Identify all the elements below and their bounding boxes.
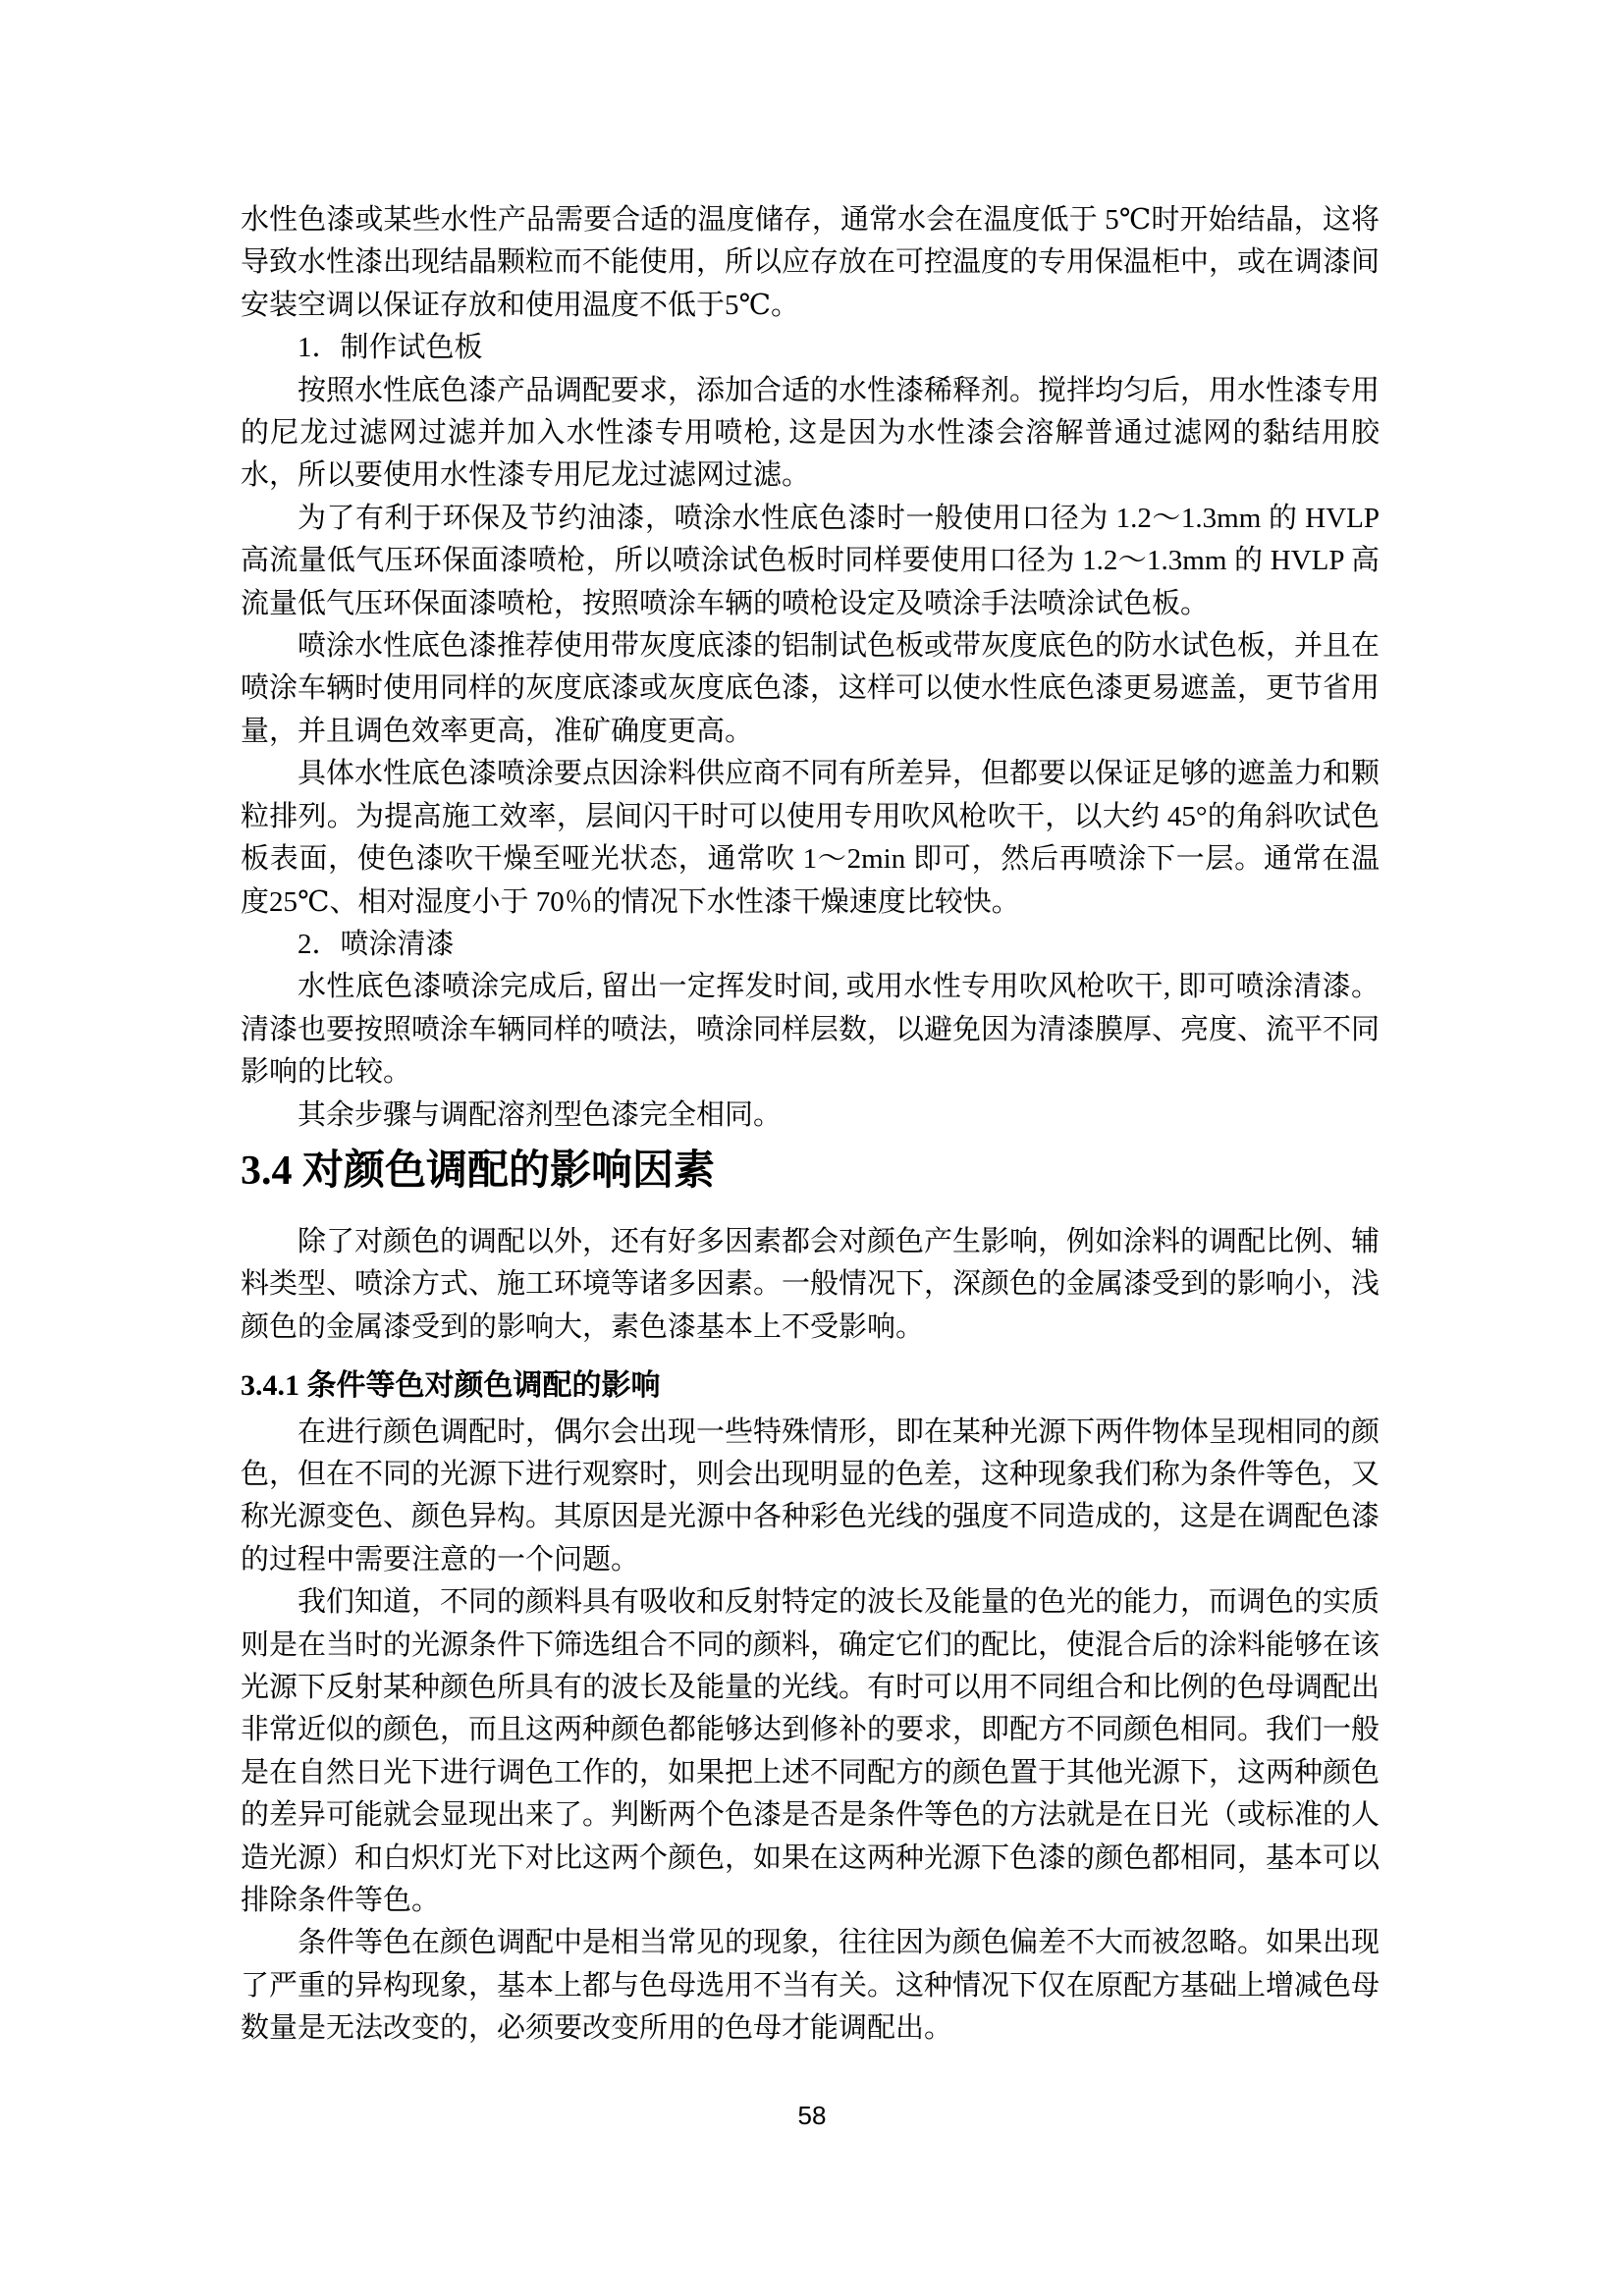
paragraph: 其余步骤与调配溶剂型色漆完全相同。 bbox=[241, 1095, 1380, 1137]
paragraph: 为了有利于环保及节约油漆，喷涂水性底色漆时一般使用口径为 1.2～1.3mm 的… bbox=[241, 498, 1380, 625]
section-heading-3-4: 3.4 对颜色调配的影响因素 bbox=[241, 1145, 1380, 1199]
paragraph: 我们知道，不同的颜料具有吸收和反射特定的波长及能量的色光的能力，而调色的实质则是… bbox=[241, 1581, 1380, 1922]
paragraph: 具体水性底色漆喷涂要点因涂料供应商不同有所差异，但都要以保证足够的遮盖力和颗粒排… bbox=[241, 753, 1380, 924]
paragraph: 水性底色漆喷涂完成后, 留出一定挥发时间, 或用水性专用吹风枪吹干, 即可喷涂清… bbox=[241, 966, 1380, 1094]
page-number: 58 bbox=[0, 2099, 1624, 2132]
paragraph: 在进行颜色调配时，偶尔会出现一些特殊情形，即在某种光源下两件物体呈现相同的颜色，… bbox=[241, 1412, 1380, 1582]
list-item-2: 2．喷涂清漆 bbox=[241, 924, 1380, 966]
paragraph: 按照水性底色漆产品调配要求，添加合适的水性漆稀释剂。搅拌均匀后，用水性漆专用的尼… bbox=[241, 370, 1380, 498]
document-body: 水性色漆或某些水性产品需要合适的温度储存，通常水会在温度低于 5℃时开始结晶，这… bbox=[241, 199, 1380, 2051]
paragraph-continuation: 水性色漆或某些水性产品需要合适的温度储存，通常水会在温度低于 5℃时开始结晶，这… bbox=[241, 199, 1380, 327]
document-page: 水性色漆或某些水性产品需要合适的温度储存，通常水会在温度低于 5℃时开始结晶，这… bbox=[0, 0, 1624, 2296]
paragraph: 条件等色在颜色调配中是相当常见的现象，往往因为颜色偏差不大而被忽略。如果出现了严… bbox=[241, 1922, 1380, 2050]
paragraph: 喷涂水性底色漆推荐使用带灰度底漆的铝制试色板或带灰度底色的防水试色板，并且在喷涂… bbox=[241, 625, 1380, 753]
list-item-1: 1．制作试色板 bbox=[241, 327, 1380, 369]
paragraph: 除了对颜色的调配以外，还有好多因素都会对颜色产生影响，例如涂料的调配比例、辅料类… bbox=[241, 1221, 1380, 1349]
subsection-heading-3-4-1: 3.4.1 条件等色对颜色调配的影响 bbox=[241, 1364, 1380, 1407]
